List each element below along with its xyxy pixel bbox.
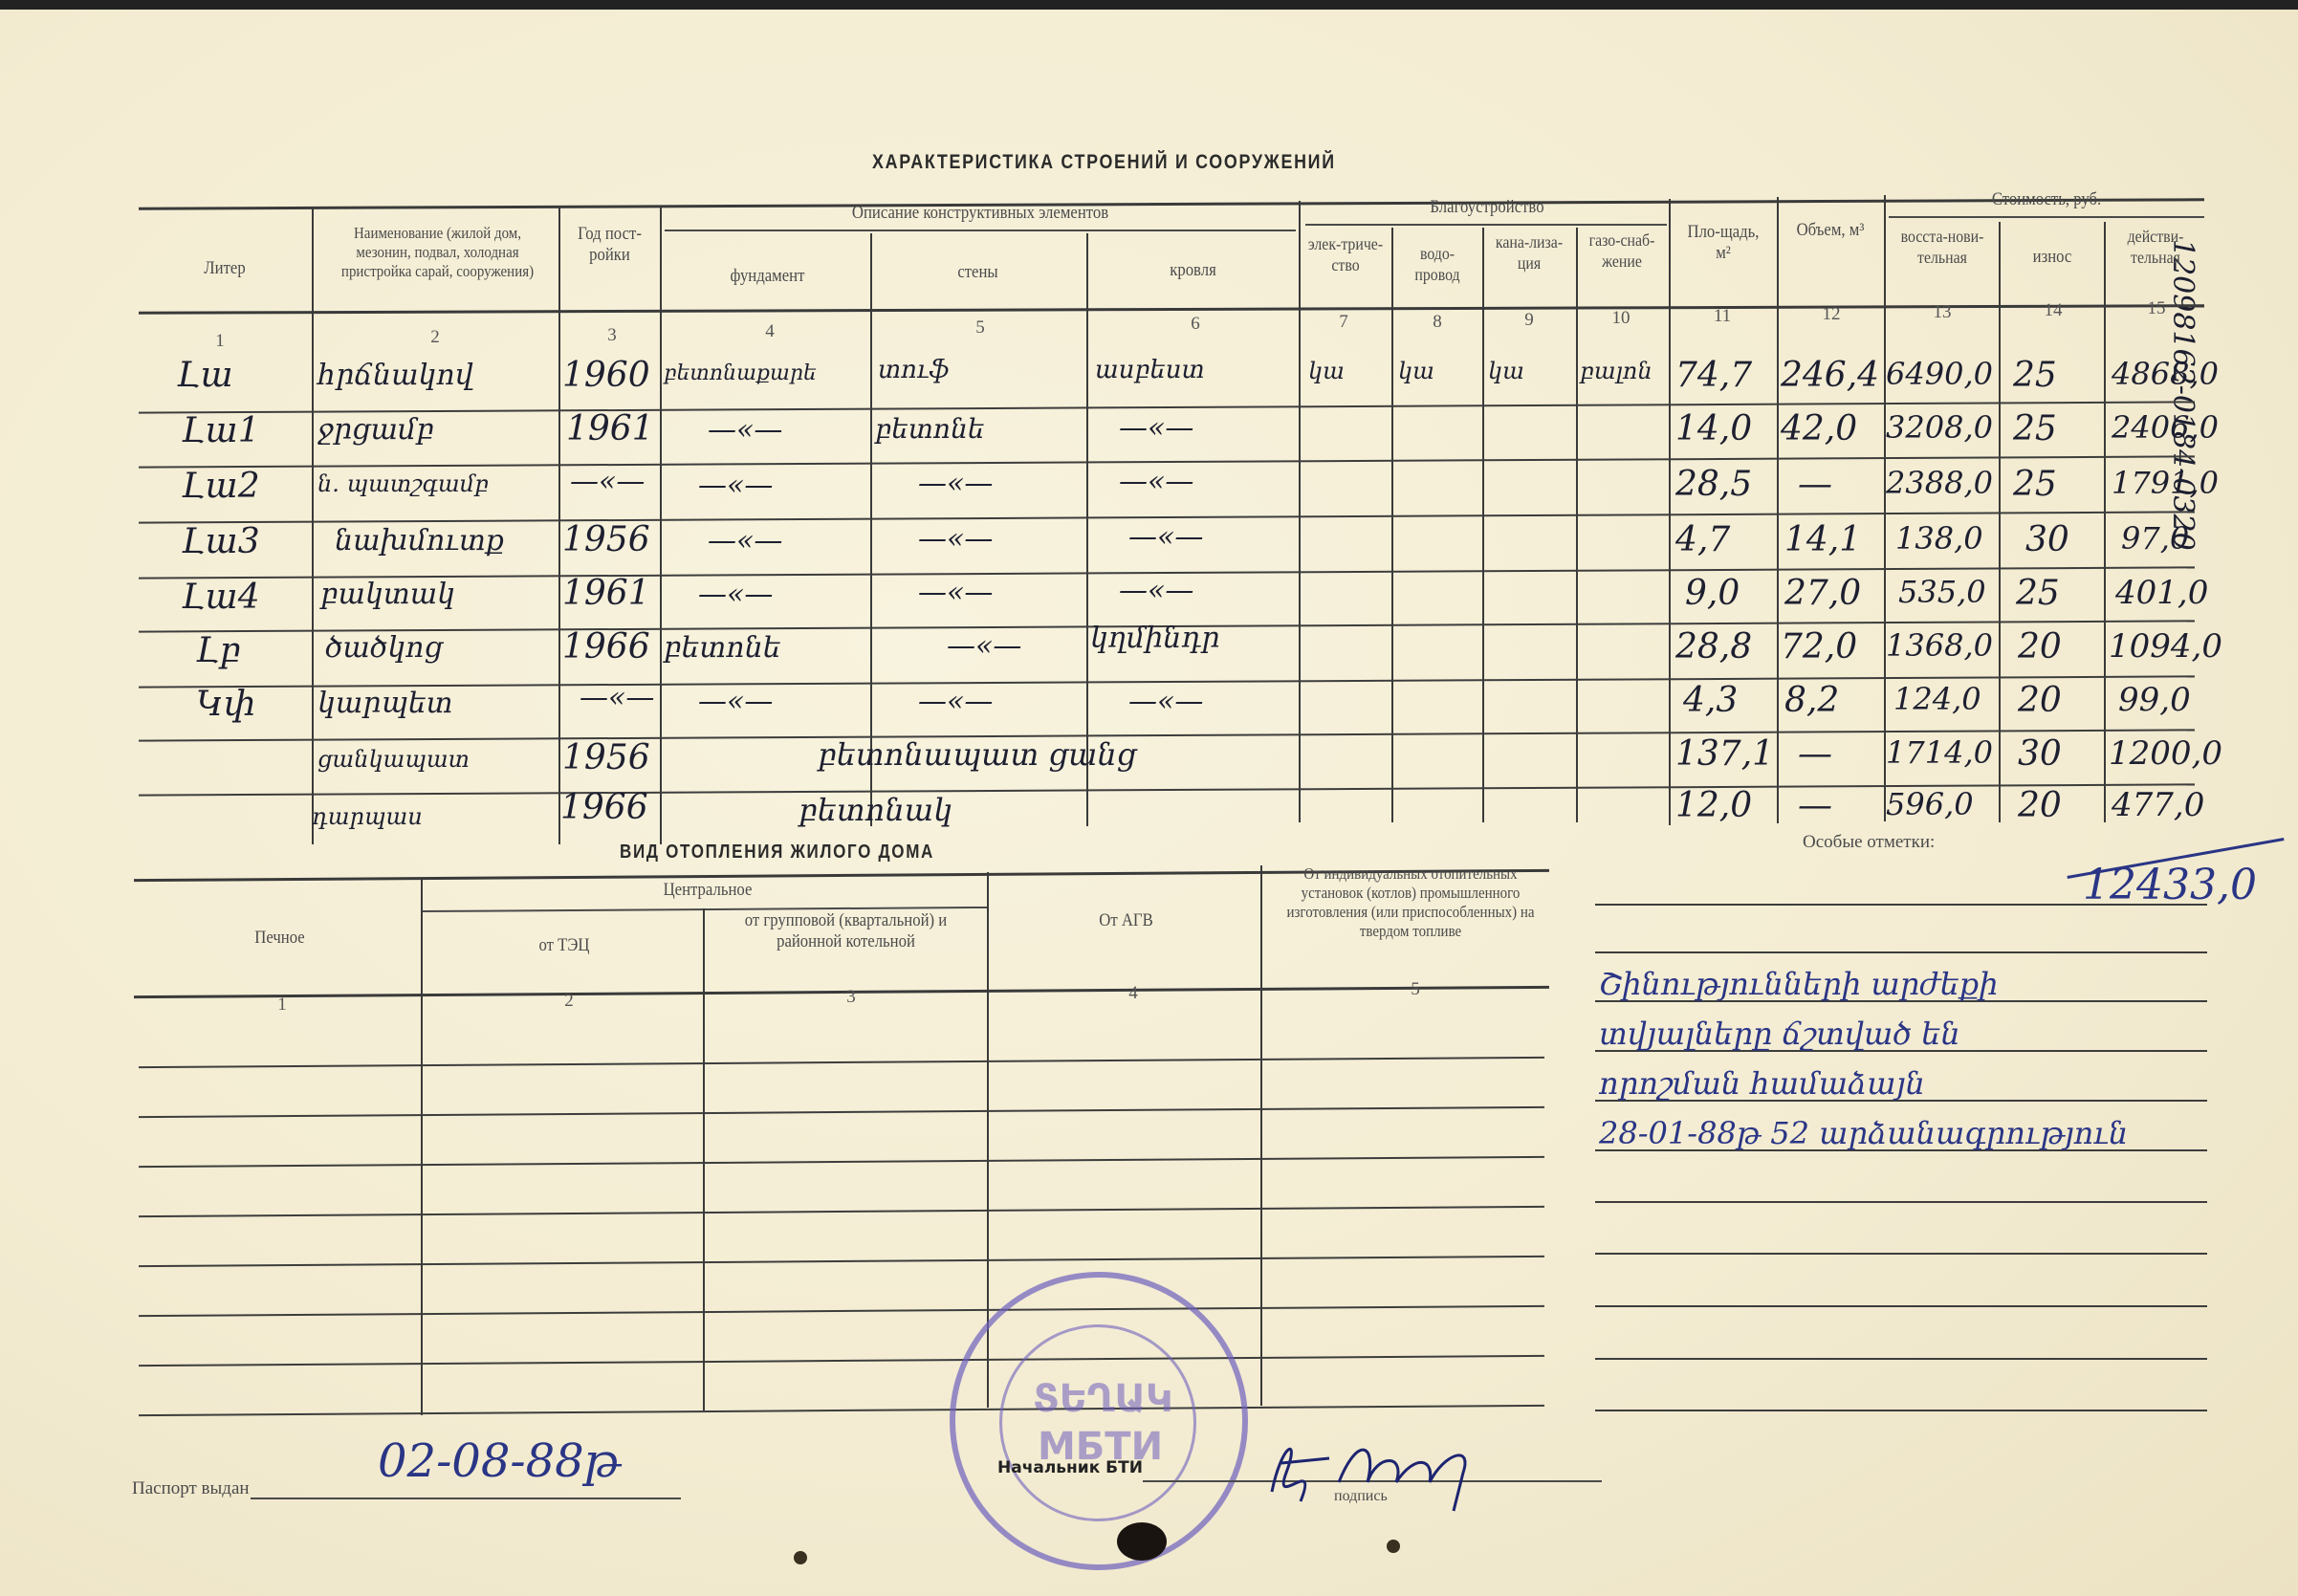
cell-walls: —«— bbox=[947, 629, 1021, 663]
cell-actual: 99,0 bbox=[2118, 681, 2191, 719]
cell-liter: Լա3 bbox=[182, 522, 260, 561]
cell-area: 74,7 bbox=[1675, 356, 1752, 395]
col-number: 3 bbox=[598, 325, 626, 346]
cell-walls: —«— bbox=[918, 576, 993, 609]
col-number: 9 bbox=[1515, 310, 1543, 331]
cell-walls: —«— bbox=[918, 685, 993, 718]
cell-year: —«— bbox=[580, 681, 654, 714]
col-number: 12 bbox=[1817, 304, 1846, 325]
cell-foundation: —«— bbox=[698, 469, 773, 502]
cell-wear: 20 bbox=[2018, 786, 2062, 825]
cell-volume: 246,4 bbox=[1781, 356, 1879, 395]
cell-year: 1956 bbox=[562, 520, 650, 559]
cell-restoration: 596,0 bbox=[1886, 786, 1974, 822]
total-actual-cost: 12433,0 bbox=[2083, 861, 2257, 909]
cell-area: 4,7 bbox=[1675, 520, 1730, 559]
cell-name: ծածկոց bbox=[325, 631, 443, 665]
col-number: 15 bbox=[2142, 298, 2171, 319]
cell-walls: տուֆ bbox=[878, 356, 950, 384]
scan-edge bbox=[0, 0, 2298, 10]
cell-walls: —«— bbox=[918, 467, 993, 500]
cell-year: 1956 bbox=[562, 738, 650, 777]
header-area: Пло-щадь, м² bbox=[1679, 222, 1767, 264]
cell-roof: —«— bbox=[1119, 574, 1193, 607]
cell-roof: —«— bbox=[1128, 685, 1203, 718]
cell-roof: —«— bbox=[1119, 465, 1193, 498]
cell-area: 14,0 bbox=[1675, 409, 1752, 448]
note-line: Շինությունների արժեքի bbox=[1599, 966, 1999, 1002]
header-water: водо-провод bbox=[1399, 243, 1475, 285]
cell-actual: 1200,0 bbox=[2109, 734, 2222, 773]
header-wear: износ bbox=[2009, 247, 2095, 268]
cell-volume: 8,2 bbox=[1784, 681, 1839, 720]
cell-restoration: 535,0 bbox=[1898, 574, 1986, 610]
heating-header-central: Центральное bbox=[464, 880, 952, 901]
col-number: 4 bbox=[755, 321, 784, 342]
cell-wear: 25 bbox=[2013, 356, 2057, 395]
col-number: 2 bbox=[555, 991, 583, 1012]
cell-liter: Լա2 bbox=[182, 467, 260, 506]
cell-liter: Լա4 bbox=[182, 578, 260, 617]
cell-year: 1960 bbox=[562, 356, 650, 395]
cell-foundation: —«— bbox=[708, 524, 782, 558]
cell-name: հրճնակով bbox=[317, 359, 473, 392]
signature bbox=[1243, 1415, 1530, 1520]
cell-water: կա bbox=[1398, 358, 1434, 384]
chief-label: Начальник БТИ bbox=[997, 1458, 1143, 1477]
cell-foundation: —«— bbox=[698, 578, 773, 611]
cell-area: 12,0 bbox=[1675, 786, 1752, 825]
cell-name: կարպետ bbox=[317, 687, 453, 720]
cell-volume: 72,0 bbox=[1781, 627, 1857, 667]
col-number: 10 bbox=[1607, 308, 1635, 329]
col-number: 4 bbox=[1119, 983, 1148, 1004]
header-actual: действи-тельная bbox=[2113, 226, 2198, 268]
header-amenities-group: Благоустройство bbox=[1327, 197, 1647, 218]
page-title: ХАРАКТЕРИСТИКА СТРОЕНИЙ И СООРУЖЕНИЙ bbox=[872, 151, 1336, 174]
cell-restoration: 2388,0 bbox=[1886, 465, 1993, 501]
heating-header-group-boiler: от групповой (квартальной) и районной ко… bbox=[726, 910, 966, 952]
stamp-inner-ring bbox=[999, 1324, 1196, 1521]
passport-issued-date: 02-08-88թ bbox=[378, 1434, 621, 1488]
cell-year: —«— bbox=[570, 465, 645, 498]
cell-actual: 1791,0 bbox=[2112, 465, 2219, 501]
cell-wear: 30 bbox=[2018, 734, 2062, 774]
cell-area: 137,1 bbox=[1675, 734, 1774, 774]
cell-area: 9,0 bbox=[1685, 574, 1740, 613]
col-number: 14 bbox=[2039, 300, 2068, 321]
cell-volume: 14,1 bbox=[1784, 520, 1861, 559]
header-walls: стены bbox=[887, 262, 1068, 283]
cell-area: 28,8 bbox=[1675, 627, 1752, 667]
cell-roof: կղմինդր bbox=[1090, 622, 1220, 655]
cell-name: ջրցամբ bbox=[317, 413, 434, 447]
col-number: 1 bbox=[206, 331, 234, 352]
col-number: 5 bbox=[1401, 979, 1430, 1000]
header-sewer: кана-лиза-ция bbox=[1491, 231, 1568, 273]
cell-actual: 97,0 bbox=[2121, 520, 2189, 557]
heating-header-tec: от ТЭЦ bbox=[447, 935, 682, 956]
heating-header-individual: От индивидуальных отопительных установок… bbox=[1284, 864, 1537, 941]
header-foundation: фундамент bbox=[681, 266, 853, 287]
cell-walls: —«— bbox=[918, 522, 993, 556]
heating-header-stove: Печное bbox=[160, 928, 400, 949]
col-number: 8 bbox=[1423, 312, 1452, 333]
header-name: Наименование (жилой дом, мезонин, подвал… bbox=[335, 224, 541, 281]
cell-name: դարպաս bbox=[312, 803, 423, 830]
cell-volume: — bbox=[1798, 734, 1832, 774]
special-notes-label: Особые отметки: bbox=[1803, 832, 1935, 853]
cell-foundation: բետոնաքարե bbox=[664, 361, 817, 385]
cell-name: բակտակ bbox=[320, 578, 455, 611]
cell-volume: 42,0 bbox=[1781, 409, 1857, 448]
passport-issued-label: Паспорт выдан bbox=[132, 1478, 250, 1499]
heating-title: ВИД ОТОПЛЕНИЯ ЖИЛОГО ДОМА bbox=[620, 842, 934, 864]
cell-actual: 2406,0 bbox=[2112, 409, 2219, 446]
cell-actual: 1094,0 bbox=[2109, 627, 2222, 666]
cell-elec: կա bbox=[1308, 358, 1345, 384]
cell-roof: —«— bbox=[1119, 411, 1193, 445]
cell-volume: 27,0 bbox=[1784, 574, 1861, 613]
cell-walls: բետոնապատ ցանց bbox=[818, 736, 1136, 773]
cell-area: 28,5 bbox=[1675, 465, 1752, 504]
cell-year: 1961 bbox=[566, 409, 654, 448]
cell-liter: Լա1 bbox=[182, 411, 260, 450]
cell-roof: ասբեստ bbox=[1095, 356, 1205, 384]
note-line: որոշման համաձայն bbox=[1599, 1065, 1925, 1102]
cell-area: 4,3 bbox=[1683, 681, 1738, 720]
header-restoration: восста-нови-тельная bbox=[1895, 226, 1990, 268]
col-number: 11 bbox=[1708, 306, 1737, 327]
punch-hole bbox=[1117, 1522, 1167, 1561]
header-cost-group: Стоимость, руб. bbox=[1912, 189, 2181, 210]
cell-wear: 30 bbox=[2025, 520, 2069, 559]
cell-restoration: 6490,0 bbox=[1886, 356, 1993, 392]
punch-hole bbox=[1387, 1540, 1400, 1553]
cell-walls: բետոնե bbox=[875, 413, 984, 445]
cell-gas: բալոն bbox=[1580, 358, 1652, 384]
cell-actual: 4868,0 bbox=[2112, 356, 2219, 392]
note-line: 28-01-88թ 52 արձանագրություն bbox=[1599, 1115, 2128, 1151]
cell-wear: 25 bbox=[2013, 465, 2057, 504]
cell-restoration: 1368,0 bbox=[1886, 627, 1993, 664]
punch-hole bbox=[794, 1551, 807, 1564]
header-year: Год пост-ройки bbox=[570, 224, 650, 266]
header-electricity: элек-триче-ство bbox=[1307, 233, 1383, 275]
cell-actual: 401,0 bbox=[2115, 574, 2208, 612]
header-construct-group: Описание конструктивных элементов bbox=[707, 203, 1254, 224]
col-number: 6 bbox=[1181, 314, 1210, 335]
cell-name: ցանկապատ bbox=[317, 746, 470, 773]
cell-restoration: 3208,0 bbox=[1886, 409, 1993, 446]
cell-volume: — bbox=[1798, 465, 1832, 504]
cell-liter: Լա bbox=[177, 356, 233, 395]
cell-foundation: —«— bbox=[698, 685, 773, 718]
cell-name: ն. պատշգամբ bbox=[317, 470, 489, 497]
cell-year: 1966 bbox=[560, 788, 648, 827]
cell-foundation: —«— bbox=[708, 413, 782, 447]
col-number: 13 bbox=[1928, 302, 1957, 323]
col-number: 5 bbox=[966, 317, 995, 339]
cell-foundation: բետոնե bbox=[664, 631, 781, 665]
heating-header-agv: От АГВ bbox=[1011, 910, 1242, 931]
header-gas: газо-снаб-жение bbox=[1584, 230, 1661, 272]
header-roof: кровля bbox=[1103, 260, 1283, 281]
cell-restoration: 124,0 bbox=[1893, 681, 1981, 717]
cell-restoration: 138,0 bbox=[1895, 520, 1983, 557]
cell-year: 1961 bbox=[562, 574, 650, 613]
header-liter: Литер bbox=[153, 258, 296, 279]
stamp-text-top: ՏԵՂԱԿ bbox=[1033, 1377, 1173, 1421]
col-number: 1 bbox=[268, 995, 296, 1016]
cell-restoration: 1714,0 bbox=[1886, 734, 1993, 771]
cell-liter: Կփ bbox=[196, 685, 255, 724]
cell-walls: բետոնակ bbox=[799, 792, 952, 828]
cell-sewer: կա bbox=[1488, 358, 1524, 384]
cell-wear: 25 bbox=[2016, 574, 2060, 613]
cell-roof: —«— bbox=[1128, 520, 1203, 554]
header-volume: Объем, м³ bbox=[1786, 220, 1874, 241]
cell-actual: 477,0 bbox=[2112, 786, 2204, 824]
cell-wear: 25 bbox=[2013, 409, 2057, 448]
cell-liter: Լբ bbox=[196, 631, 241, 670]
col-number: 7 bbox=[1329, 312, 1358, 333]
cell-volume: — bbox=[1798, 786, 1832, 825]
cell-name: նախմուտք bbox=[335, 524, 504, 558]
cell-wear: 20 bbox=[2018, 681, 2062, 720]
col-number: 3 bbox=[837, 987, 865, 1008]
col-number: 2 bbox=[421, 327, 449, 348]
cell-wear: 20 bbox=[2018, 627, 2062, 667]
note-line: տվյալները ճշտված են bbox=[1599, 1016, 1960, 1052]
cell-year: 1966 bbox=[562, 627, 650, 667]
margin-note: 12098162-0184-0320 bbox=[2166, 239, 2200, 551]
